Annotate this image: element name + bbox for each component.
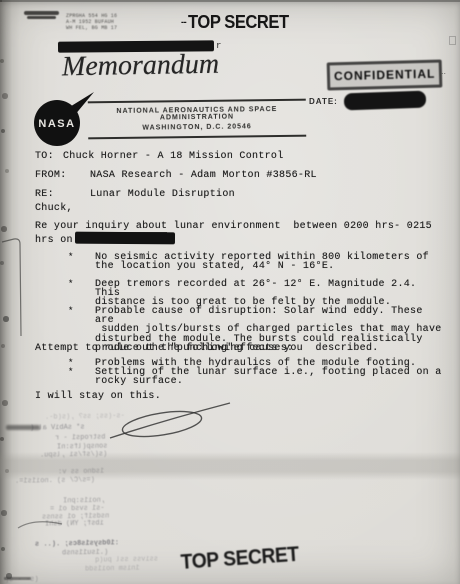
smudged-stamp [24,11,59,15]
nasa-logo-text: NASA [38,118,75,130]
date-label: DATE: [309,97,338,106]
to-value: Chuck Horner - A 18 Mission Control [63,152,284,161]
rule-bottom [88,135,306,140]
bullet-2: Deep tremors recorded at 26°- 12° E. Mag… [95,280,443,308]
intro-post: lunar environment between 0200 hrs- 0215 [167,221,432,232]
file-number-line: WH FEL, BG MB 17 [66,25,117,31]
bleedthrough-fragment: (s(/sf/si ,lspu. [40,450,107,459]
field-re: RE: Lunar Module Disruption [35,190,235,199]
margin-mark [449,36,456,45]
agency-address: WASHINGTON, D.C. 20546 [88,123,306,133]
memo-page: ZPRGHA 554 HG 16 A-M 1952 BUFAUH WH FEL,… [0,0,460,584]
to-label: TO: [35,152,63,161]
cause-2: Settling of the lunar surface i.e., foot… [95,368,443,386]
attempt-line: Attempt to rule out the following causes… [35,344,293,353]
memo-title: Memorandum [62,49,220,84]
date-redaction [344,91,427,111]
bullet-1: No seismic activity reported within 800 … [95,253,443,271]
stamp-mark: -- [181,17,186,28]
rule-top [88,99,306,104]
smudged-stamp [27,16,56,19]
bleedthrough-fragment: ssivss ssl pu(q [95,555,158,564]
bullet-marker: * [68,368,74,377]
field-to: TO: Chuck Horner - A 18 Mission Control [35,152,284,161]
re-label: RE: [35,190,90,199]
top-secret-text: TOP SECRET [188,12,289,32]
field-from: FROM: NASA Research - Adam Morton #3856-… [35,171,317,180]
bleedthrough-fragment: 1sdno ss v: [58,468,104,477]
stamp-specks: .. [441,66,446,76]
bleedthrough-fragment: -s-(ss; ss? ,(s(d-. [45,412,125,421]
pen-mark [16,516,66,532]
scan-top-edge [0,0,460,2]
from-value: NASA Research - Adam Morton #3856-RL [90,171,317,180]
confidential-text: CONFIDENTIAL [334,67,436,84]
agency-letterhead: NATIONAL AERONAUTICS AND SPACE ADMINISTR… [88,99,306,140]
bleedthrough-fragment: (=s/C/ s) .noi1s1=. [15,476,95,485]
inline-redaction-bar [75,232,175,245]
pen-bracket-annotation [0,228,70,348]
bleedthrough-fragment: 1nism noi1sdd [85,565,140,574]
file-number-stamp: ZPRGHA 554 HG 16 A-M 1952 BUFAUH WH FEL,… [66,13,117,31]
top-secret-stamp-bottom: TOP SECRET [180,543,300,575]
re-value: Lunar Module Disruption [90,190,235,199]
bleedthrough-fragment: s* sAbiV al ( [30,424,85,433]
top-secret-stamp-top: --TOP SECRET [181,12,289,33]
bleedthrough-fragment: :10dsys1s8cs; .(.. s [35,539,119,548]
salutation: Chuck, [35,204,73,213]
from-label: FROM: [35,171,90,180]
intro-line1: Re your inquiry about lunar environment … [35,222,455,231]
confidential-stamp: CONFIDENTIAL [327,59,443,90]
bleedthrough-fragment: bstroqs1 - r [55,434,106,443]
agency-name: NATIONAL AERONAUTICS AND SPACE ADMINISTR… [88,106,306,123]
corner-mark [4,577,31,580]
